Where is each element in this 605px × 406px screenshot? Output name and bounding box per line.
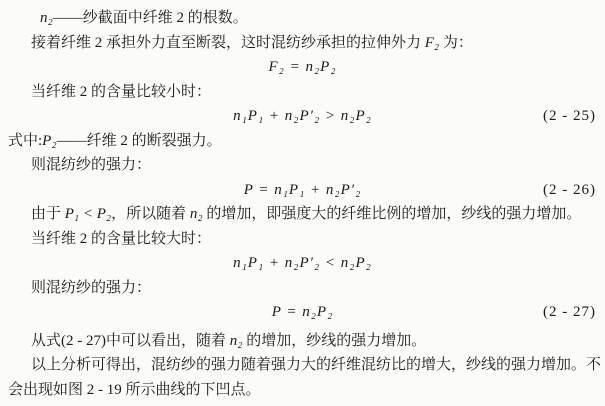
- paragraph-line: 式中:P₂——纤维 2 的断裂强力。: [0, 129, 605, 154]
- inline-math: n₂: [230, 333, 243, 349]
- equation-number: (2 - 26): [543, 178, 596, 203]
- text-run: ——纱截面中纤维 2 的根数。: [53, 10, 248, 26]
- equation-line: F₂ = n₂P₂: [0, 55, 605, 80]
- text-run: ，所以随着: [111, 206, 190, 222]
- equation-number: (2 - 25): [543, 104, 596, 129]
- text-run: 的增加，纱线的强力增加。: [242, 333, 426, 349]
- paragraph-line: 会出现如图 2 - 19 所示曲线的下凹点。: [0, 378, 605, 403]
- inline-math: P₂: [42, 133, 56, 149]
- inline-math: n₂: [40, 10, 53, 26]
- paragraph-line: 以上分析可得出，混纺纱的强力随着强力大的纤维混纺比的增大，纱线的强力增加。不: [0, 353, 605, 378]
- paragraph-line: 则混纺纱的强力：: [0, 276, 605, 301]
- text-run: 则混纺纱的强力：: [31, 157, 151, 173]
- equation-line: P = n₁P₁ + n₂P′₂(2 - 26): [0, 178, 605, 203]
- inline-math: n₂: [190, 206, 203, 222]
- text-run: 当纤维 2 的含量比较小时：: [31, 84, 211, 100]
- equation: P = n₂P₂: [272, 304, 334, 320]
- paragraph-line: 当纤维 2 的含量比较小时：: [0, 80, 605, 105]
- document-page: n₂——纱截面中纤维 2 的根数。 接着纤维 2 承担外力直至断裂，这时混纺纱承…: [0, 0, 605, 402]
- text-run: ——纤维 2 的断裂强力。: [57, 133, 222, 149]
- paragraph-line: 则混纺纱的强力：: [0, 153, 605, 178]
- text-run: 接着纤维 2 承担外力直至断裂，这时混纺纱承担的拉伸外力: [31, 35, 425, 51]
- text-run: 式中:: [8, 133, 42, 149]
- equation: n₁P₁ + n₂P′₂ > n₂P₂: [233, 108, 372, 124]
- text-run: 以上分析可得出，混纺纱的强力随着强力大的纤维混纺比的增大，纱线的强力增加。不: [31, 357, 601, 373]
- paragraph-line: 由于 P₁ < P₂，所以随着 n₂ 的增加，即强度大的纤维比例的增加，纱线的强…: [0, 202, 605, 227]
- inline-math: F₂: [425, 35, 439, 51]
- paragraph-line: 当纤维 2 的含量比较大时：: [0, 227, 605, 252]
- text-run: 的增加，即强度大的纤维比例的增加，纱线的强力增加。: [203, 206, 582, 222]
- equation-line: P = n₂P₂(2 - 27): [0, 300, 605, 325]
- equation: n₁P₁ + n₂P′₂ < n₂P₂: [233, 255, 372, 271]
- text-run: 则混纺纱的强力：: [31, 280, 151, 296]
- paragraph-line: 从式(2 - 27)中可以看出，随着 n₂ 的增加，纱线的强力增加。: [0, 329, 605, 354]
- text-run: 为：: [439, 35, 473, 51]
- equation-number: (2 - 27): [543, 300, 596, 325]
- text-run: 从式(2 - 27)中可以看出，随着: [31, 333, 230, 349]
- inline-math: P₁ < P₂: [65, 206, 111, 222]
- text-run: 会出现如图 2 - 19 所示曲线的下凹点。: [8, 382, 261, 398]
- text-run: 当纤维 2 的含量比较大时：: [31, 231, 211, 247]
- equation-line: n₁P₁ + n₂P′₂ > n₂P₂(2 - 25): [0, 104, 605, 129]
- text-run: 由于: [31, 206, 65, 222]
- paragraph-line: n₂——纱截面中纤维 2 的根数。: [0, 6, 605, 31]
- paragraph-line: 接着纤维 2 承担外力直至断裂，这时混纺纱承担的拉伸外力 F₂ 为：: [0, 31, 605, 56]
- equation-line: n₁P₁ + n₂P′₂ < n₂P₂: [0, 251, 605, 276]
- equation: P = n₁P₁ + n₂P′₂: [244, 182, 362, 198]
- equation: F₂ = n₂P₂: [268, 59, 336, 75]
